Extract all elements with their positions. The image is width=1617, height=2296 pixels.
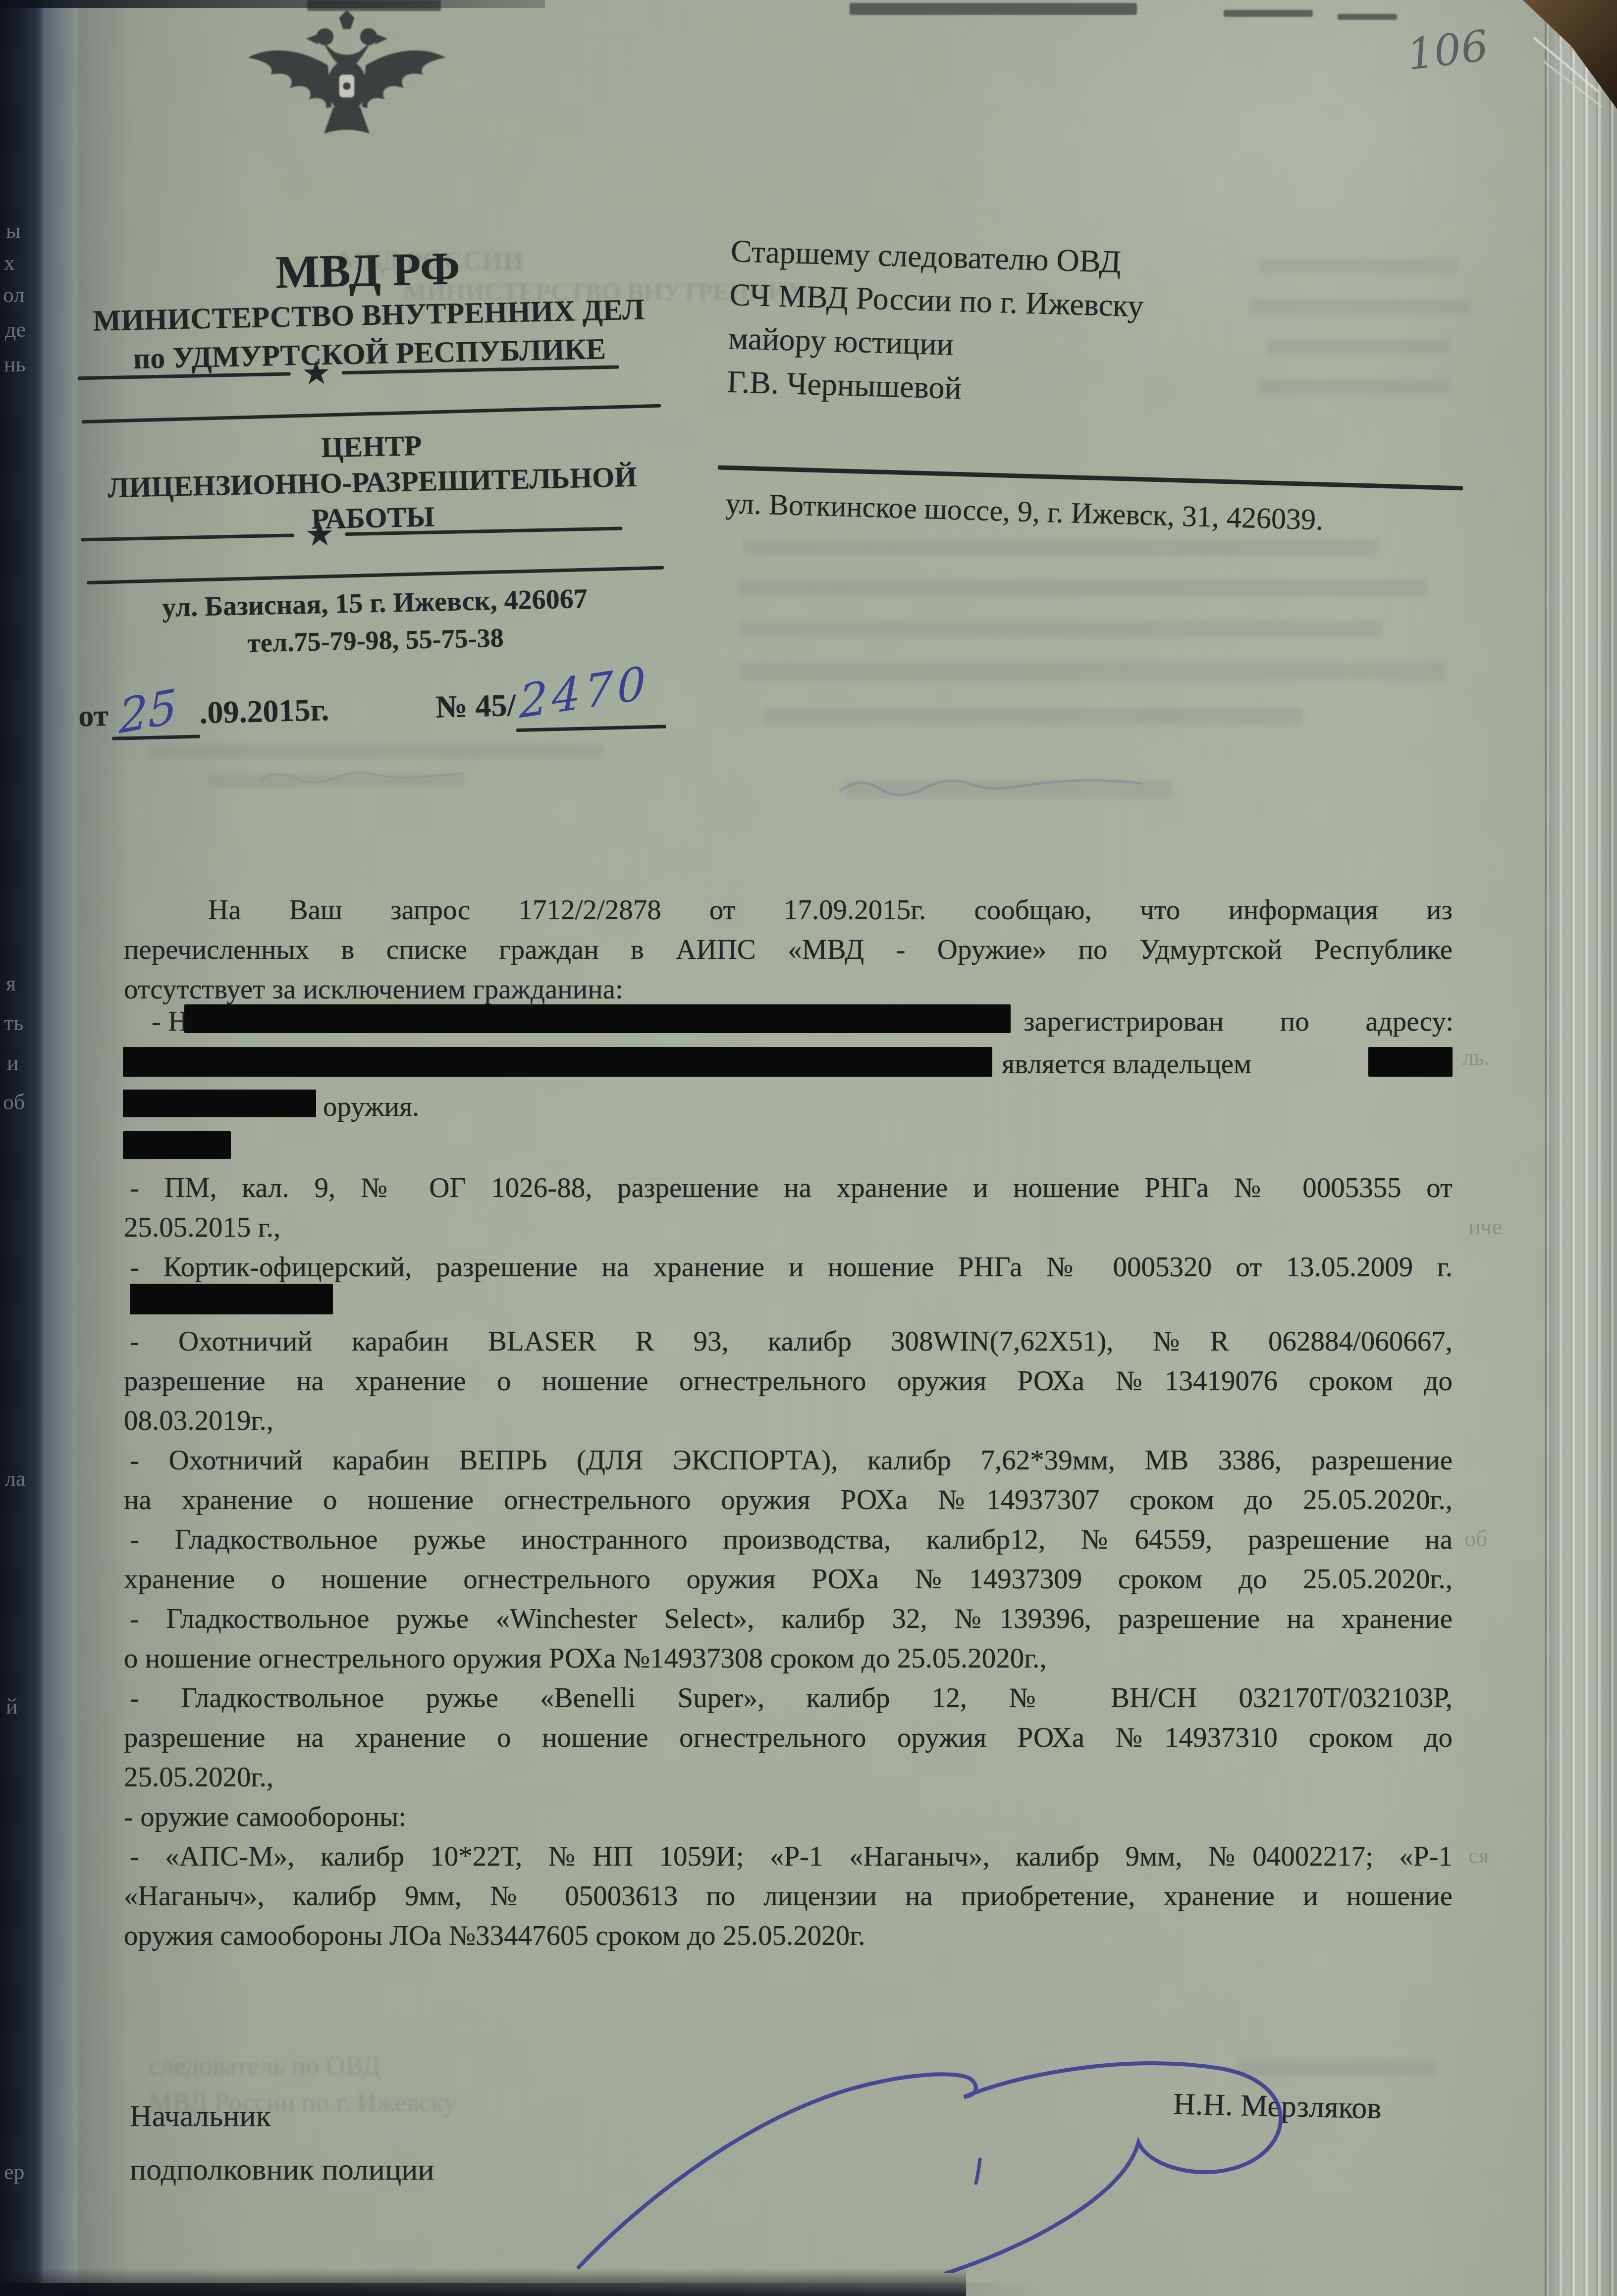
- mvd-eagle-emblem-icon: [233, 5, 461, 163]
- redaction-bar: [123, 1131, 231, 1159]
- ghost-line: [763, 708, 1303, 725]
- list-item: - Гладкоствольное ружье «Benelli Super»,…: [130, 1682, 1453, 1715]
- body-line: оружия.: [323, 1091, 419, 1123]
- ghost-line: [1248, 299, 1471, 314]
- recipient-line2: СЧ МВД России по г. Ижевску: [729, 276, 1144, 324]
- star-icon: ★: [305, 534, 334, 535]
- ghost-line: [1266, 340, 1450, 354]
- list-item: - оружие самообороны:: [124, 1801, 406, 1833]
- list-item: - Гладкоствольное ружье иностранного про…: [130, 1523, 1453, 1556]
- bottom-edge-shadow: [0, 2283, 1040, 2296]
- handwritten-number: 2470: [519, 656, 650, 729]
- left-fragment: нь: [4, 352, 26, 377]
- ref-from-label: от: [78, 698, 108, 734]
- left-fragment: ол: [3, 282, 24, 308]
- body-line-prefix: - Н: [152, 1005, 188, 1038]
- list-item: - Кортик-офицерский, разрешение на хране…: [130, 1251, 1453, 1284]
- list-item: разрешение на хранение о ношение огнестр…: [124, 1365, 1453, 1398]
- page-spine-shadow: [43, 0, 77, 2296]
- list-item: 08.03.2019г.,: [124, 1405, 273, 1437]
- body-line: На Ваш запрос 1712/2/2878 от 17.09.2015г…: [208, 894, 1453, 927]
- left-fragment: й: [6, 1694, 18, 1719]
- list-item: «Наганыч», калибр 9мм, № 05003613 по лиц…: [124, 1880, 1453, 1913]
- recipient-block: Старшему следователю ОВД СЧ МВД России п…: [731, 233, 1504, 255]
- ref-number-label: № 45/: [435, 687, 516, 726]
- letterhead-block: МВД РФ МИНИСТЕРСТВО ВНУТРЕННИХ ДЕЛ по УД…: [70, 227, 673, 675]
- ghost-line: [738, 663, 1447, 680]
- margin-fragment: иче: [1468, 1213, 1502, 1240]
- letterhead-phone: тел.75-79-98, 55-75-38: [78, 619, 673, 662]
- redaction-bar: [123, 1047, 992, 1077]
- recipient-line4: Г.В. Чернышевой: [727, 364, 962, 407]
- margin-fragment: ль.: [1462, 1044, 1490, 1070]
- recipient-line3: майору юстиции: [728, 320, 954, 363]
- left-fragment: и: [7, 1050, 19, 1075]
- page-left-edge: [0, 0, 43, 2296]
- left-fragment: я: [6, 971, 16, 996]
- body-line: отсутствует за исключением гражданина:: [124, 973, 623, 1006]
- top-edge-mark: [850, 3, 1137, 15]
- left-fragment: ы: [6, 218, 21, 243]
- top-edge-mark: [1338, 14, 1397, 20]
- list-item: 25.05.2015 г.,: [124, 1211, 280, 1244]
- redaction-bar: [1368, 1047, 1453, 1077]
- paper-sheet: МВД РОССИИ МИНИСТЕРСТВО ВНУТРЕННИХ: [42, 0, 1548, 2296]
- chief-title-line2: подполковник полиции: [130, 2152, 434, 2188]
- list-item: - Гладкоствольное ружье «Winchester Sele…: [130, 1603, 1453, 1635]
- ref-row: от 25 .09.2015г. № 45/ 2470: [78, 670, 666, 743]
- ghost-line: [1258, 259, 1456, 273]
- list-item: оружия самообороны ЛОа №33447605 сроком …: [124, 1920, 865, 1952]
- list-item: - «АПС-М», калибр 10*22Т, №НП 1059И; «Р-…: [130, 1840, 1453, 1873]
- handwritten-date: 25: [118, 679, 177, 745]
- redaction-bar: [130, 1284, 333, 1314]
- signature-ink: [570, 1996, 1437, 2273]
- letterhead-rule: [82, 404, 661, 424]
- list-item: разрешение на хранение о ношение огнестр…: [124, 1722, 1453, 1754]
- handwritten-page-number: 106: [1404, 21, 1491, 80]
- ghost-line: [149, 744, 604, 759]
- list-item: о ношение огнестрельного оружия РОХа №14…: [124, 1642, 1047, 1675]
- handwritten-date-field: 25: [110, 681, 200, 740]
- left-fragment: об: [3, 1090, 25, 1115]
- ref-date-printed: .09.2015г.: [199, 691, 330, 731]
- left-fragment: ер: [4, 2159, 25, 2185]
- scanned-document-page: МВД РОССИИ МИНИСТЕРСТВО ВНУТРЕННИХ: [0, 0, 1617, 2296]
- recipient-line1: Старшему следователю ОВД: [730, 233, 1122, 280]
- recipient-rule: [718, 465, 1463, 490]
- redaction-bar: [184, 1004, 1011, 1033]
- ink-squiggle-ghost: [837, 771, 1144, 805]
- top-edge-mark: [1224, 10, 1313, 17]
- letterhead-address: ул. Базисная, 15 г. Ижевск, 426067: [77, 581, 672, 625]
- pencil-squiggle: [258, 765, 466, 790]
- list-item: - ПМ, кал. 9, № ОГ 1026-88, разрешение н…: [130, 1172, 1453, 1204]
- top-edge-shadow: [0, 0, 545, 8]
- left-fragment: х: [4, 250, 15, 275]
- list-item: - Охотничий карабин ВЕПРЬ (ДЛЯ ЭКСПОРТА)…: [130, 1444, 1453, 1477]
- recipient-address: ул. Воткинское шоссе, 9, г. Ижевск, 31, …: [725, 486, 1324, 537]
- list-item: на хранение о ношение огнестрельного ору…: [124, 1484, 1453, 1516]
- margin-fragment: ся: [1468, 1842, 1489, 1869]
- ghost-line: [737, 579, 1426, 597]
- ghost-line-text: следователь по ОВД: [149, 2050, 380, 2081]
- list-item: - Охотничий карабин BLASER R 93, калибр …: [130, 1325, 1453, 1358]
- margin-fragment: об: [1464, 1525, 1487, 1552]
- letterhead-rule: [87, 566, 664, 584]
- ghost-line: [739, 621, 1383, 638]
- body-line: является владельцем: [1002, 1048, 1251, 1081]
- ghost-line: [1257, 379, 1451, 393]
- left-fragment: де: [5, 317, 26, 342]
- ghost-line: [743, 539, 1377, 556]
- page-stack-right-edge: [1545, 0, 1617, 2296]
- body-line-suffix: зарегистрирован по адресу:: [1024, 1005, 1454, 1038]
- handwritten-number-field: 2470: [515, 670, 666, 732]
- chief-title-line1: Начальник: [130, 2099, 271, 2134]
- list-item: хранение о ношение огнестрельного оружия…: [124, 1563, 1453, 1596]
- left-fragment: ла: [5, 1466, 26, 1491]
- list-item: 25.05.2020г.,: [124, 1761, 273, 1794]
- star-icon: ★: [302, 373, 331, 373]
- redaction-bar: [123, 1090, 316, 1117]
- left-fragment: ть: [4, 1010, 23, 1036]
- body-line: перечисленных в списке граждан в АИПС «М…: [124, 934, 1453, 966]
